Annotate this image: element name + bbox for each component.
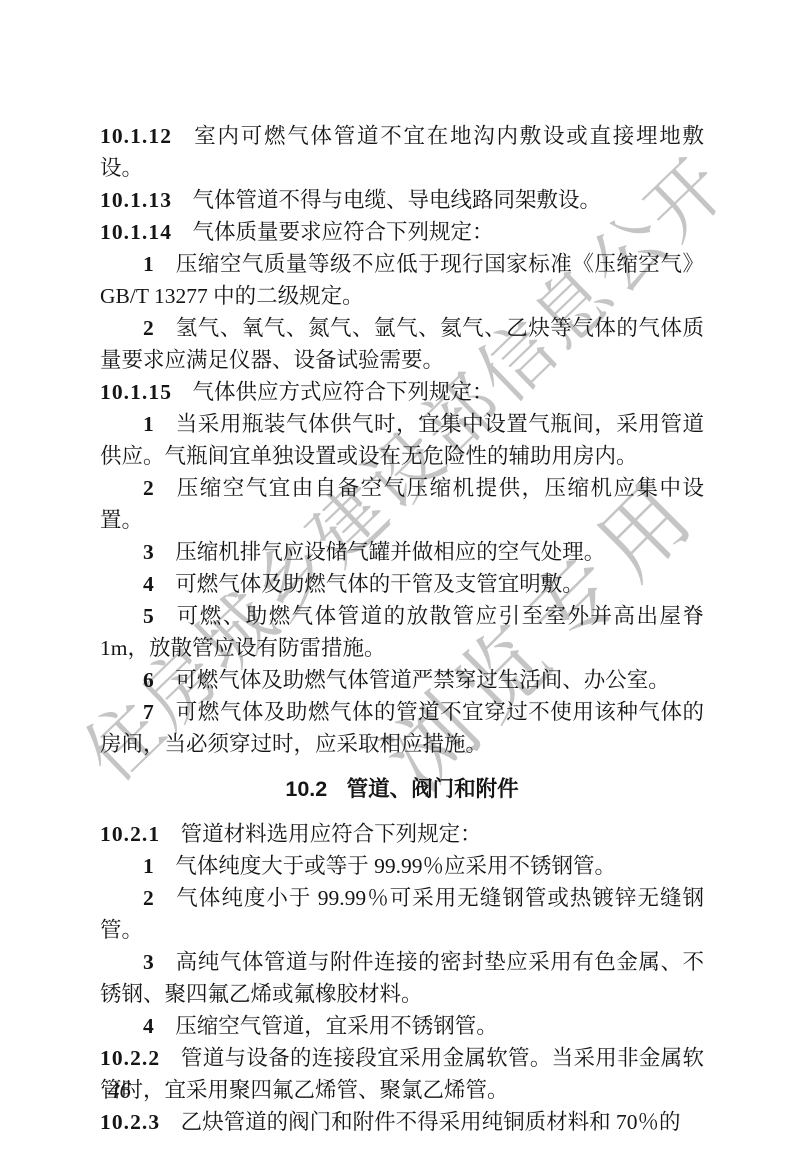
page-number: 46 bbox=[108, 1078, 131, 1104]
item-paragraph: 1压缩空气质量等级不应低于现行国家标准《压缩空气》GB/T 13277 中的二级… bbox=[100, 248, 704, 312]
clause-paragraph: 10.2.1管道材料选用应符合下列规定： bbox=[100, 818, 704, 850]
clause-number: 10.2.3 bbox=[100, 1110, 160, 1134]
item-text: 氢气、氧气、氮气、氩气、氦气、乙炔等气体的气体质量要求应满足仪器、设备试验需要。 bbox=[100, 316, 704, 372]
clause-paragraph: 10.1.13气体管道不得与电缆、导电线路同架敷设。 bbox=[100, 184, 704, 216]
clause-text: 室内可燃气体管道不宜在地沟内敷设或直接埋地敷设。 bbox=[100, 124, 704, 180]
section-heading-title: 管道、阀门和附件 bbox=[347, 777, 519, 801]
clause-text: 气体管道不得与电缆、导电线路同架敷设。 bbox=[192, 188, 601, 212]
item-paragraph: 1气体纯度大于或等于 99.99％应采用不锈钢管。 bbox=[100, 850, 704, 882]
item-text: 可燃气体及助燃气体的干管及支管宜明敷。 bbox=[175, 572, 584, 596]
clause-number: 10.2.2 bbox=[100, 1046, 160, 1070]
clause-text: 乙炔管道的阀门和附件不得采用纯铜质材料和 70％的 bbox=[181, 1110, 681, 1134]
item-number: 1 bbox=[143, 854, 155, 878]
item-text: 可燃、助燃气体管道的放散管应引至室外并高出屋脊1m，放散管应设有防雷措施。 bbox=[100, 604, 704, 660]
item-number: 5 bbox=[143, 604, 155, 628]
clause-number: 10.1.15 bbox=[100, 380, 172, 404]
item-text: 当采用瓶装气体供气时，宜集中设置气瓶间，采用管道供应。气瓶间宜单独设置或设在无危… bbox=[100, 412, 704, 468]
item-paragraph: 3压缩机排气应设储气罐并做相应的空气处理。 bbox=[100, 536, 704, 568]
item-number: 1 bbox=[143, 252, 155, 276]
document-page: 住房城乡建设部信息公开 浏览专用 10.1.12室内可燃气体管道不宜在地沟内敷设… bbox=[0, 0, 800, 1158]
item-text: 压缩空气质量等级不应低于现行国家标准《压缩空气》GB/T 13277 中的二级规… bbox=[100, 252, 704, 308]
item-paragraph: 4压缩空气管道，宜采用不锈钢管。 bbox=[100, 1010, 704, 1042]
item-number: 6 bbox=[143, 668, 155, 692]
clause-number: 10.1.14 bbox=[100, 220, 172, 244]
clause-paragraph: 10.2.2管道与设备的连接段宜采用金属软管。当采用非金属软管时，宜采用聚四氟乙… bbox=[100, 1042, 704, 1106]
item-number: 3 bbox=[143, 540, 155, 564]
item-text: 压缩机排气应设储气罐并做相应的空气处理。 bbox=[175, 540, 605, 564]
item-paragraph: 2压缩空气宜由自备空气压缩机提供，压缩机应集中设置。 bbox=[100, 472, 704, 536]
clause-number: 10.1.12 bbox=[100, 124, 172, 148]
section-heading: 10.2管道、阀门和附件 bbox=[100, 773, 704, 805]
clause-paragraph: 10.1.12室内可燃气体管道不宜在地沟内敷设或直接埋地敷设。 bbox=[100, 120, 704, 184]
item-text: 可燃气体及助燃气体管道严禁穿过生活间、办公室。 bbox=[175, 668, 670, 692]
item-paragraph: 2氢气、氧气、氮气、氩气、氦气、乙炔等气体的气体质量要求应满足仪器、设备试验需要… bbox=[100, 312, 704, 376]
item-text: 压缩空气宜由自备空气压缩机提供，压缩机应集中设置。 bbox=[100, 476, 704, 532]
item-paragraph: 5可燃、助燃气体管道的放散管应引至室外并高出屋脊1m，放散管应设有防雷措施。 bbox=[100, 600, 704, 664]
item-number: 7 bbox=[143, 700, 155, 724]
item-paragraph: 6可燃气体及助燃气体管道严禁穿过生活间、办公室。 bbox=[100, 664, 704, 696]
clause-paragraph: 10.1.14气体质量要求应符合下列规定： bbox=[100, 216, 704, 248]
item-number: 3 bbox=[143, 950, 155, 974]
item-text: 气体纯度小于 99.99％可采用无缝钢管或热镀锌无缝钢管。 bbox=[100, 886, 704, 942]
clause-text: 管道与设备的连接段宜采用金属软管。当采用非金属软管时，宜采用聚四氟乙烯管、聚氯乙… bbox=[100, 1046, 704, 1102]
clause-number: 10.1.13 bbox=[100, 188, 172, 212]
item-paragraph: 2气体纯度小于 99.99％可采用无缝钢管或热镀锌无缝钢管。 bbox=[100, 882, 704, 946]
item-paragraph: 7可燃气体及助燃气体的管道不宜穿过不使用该种气体的房间，当必须穿过时，应采取相应… bbox=[100, 696, 704, 760]
clause-text: 管道材料选用应符合下列规定： bbox=[181, 822, 482, 846]
item-text: 气体纯度大于或等于 99.99％应采用不锈钢管。 bbox=[175, 854, 616, 878]
section-heading-number: 10.2 bbox=[285, 777, 327, 801]
item-number: 2 bbox=[143, 886, 155, 910]
item-number: 4 bbox=[143, 572, 155, 596]
item-text: 压缩空气管道，宜采用不锈钢管。 bbox=[175, 1014, 498, 1038]
item-paragraph: 3高纯气体管道与附件连接的密封垫应采用有色金属、不锈钢、聚四氟乙烯或氟橡胶材料。 bbox=[100, 946, 704, 1010]
clause-paragraph: 10.2.3乙炔管道的阀门和附件不得采用纯铜质材料和 70％的 bbox=[100, 1106, 704, 1138]
item-text: 高纯气体管道与附件连接的密封垫应采用有色金属、不锈钢、聚四氟乙烯或氟橡胶材料。 bbox=[100, 950, 704, 1006]
clause-number: 10.2.1 bbox=[100, 822, 160, 846]
document-body: 10.1.12室内可燃气体管道不宜在地沟内敷设或直接埋地敷设。10.1.13气体… bbox=[100, 120, 704, 1138]
clause-text: 气体质量要求应符合下列规定： bbox=[192, 220, 493, 244]
item-number: 2 bbox=[143, 316, 155, 340]
clause-paragraph: 10.1.15气体供应方式应符合下列规定： bbox=[100, 376, 704, 408]
clause-text: 气体供应方式应符合下列规定： bbox=[192, 380, 493, 404]
item-paragraph: 1当采用瓶装气体供气时，宜集中设置气瓶间，采用管道供应。气瓶间宜单独设置或设在无… bbox=[100, 408, 704, 472]
item-number: 1 bbox=[143, 412, 155, 436]
item-paragraph: 4可燃气体及助燃气体的干管及支管宜明敷。 bbox=[100, 568, 704, 600]
item-text: 可燃气体及助燃气体的管道不宜穿过不使用该种气体的房间，当必须穿过时，应采取相应措… bbox=[100, 700, 704, 756]
item-number: 4 bbox=[143, 1014, 155, 1038]
item-number: 2 bbox=[143, 476, 155, 500]
